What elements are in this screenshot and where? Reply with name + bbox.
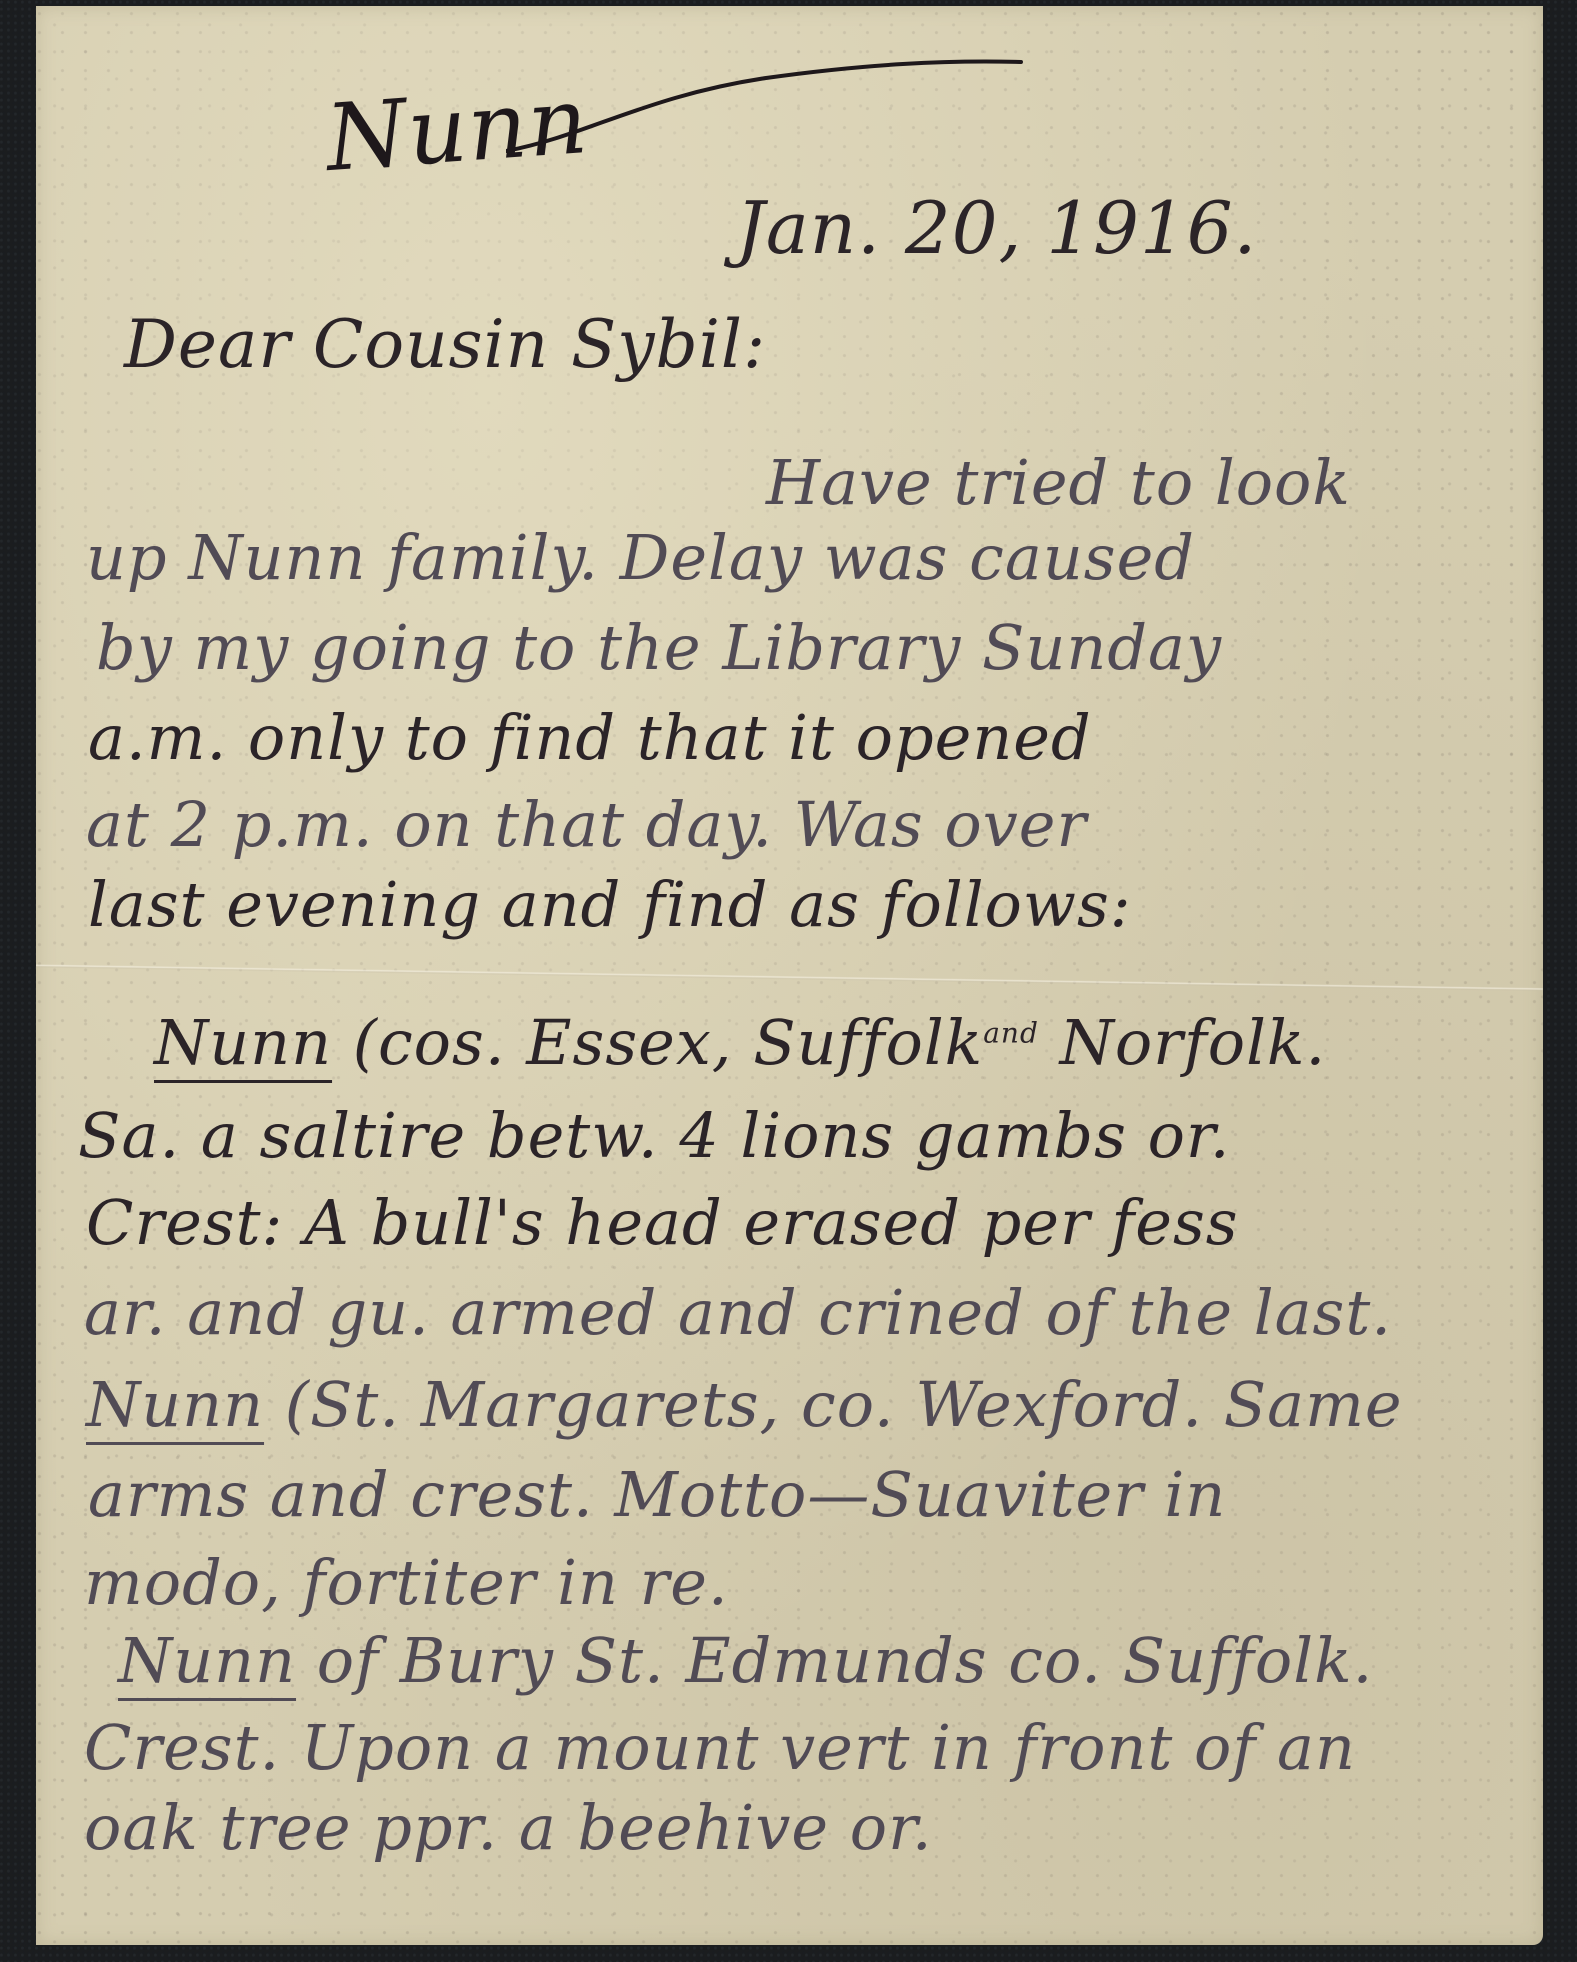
body-line: Sa. a saltire betw. 4 lions gambs or. bbox=[78, 1099, 1230, 1172]
entry-detail: of Bury St. Edmunds co. Suffolk. bbox=[317, 1624, 1374, 1697]
letter-salutation: Dear Cousin Sybil: bbox=[124, 306, 766, 383]
body-line: at 2 p.m. on that day. Was over bbox=[86, 788, 1087, 861]
body-line: by my going to the Library Sunday bbox=[96, 611, 1222, 684]
entry-essex-suffolk-norfolk: Nunn (cos. Essex, Suffolkand Norfolk. bbox=[154, 1006, 1326, 1079]
body-line: last evening and find as follows: bbox=[88, 868, 1132, 941]
entry-wexford: Nunn (St. Margarets, co. Wexford. Same bbox=[86, 1368, 1403, 1441]
body-line: Crest: A bull's head erased per fess bbox=[86, 1186, 1239, 1259]
entry-detail-end: Norfolk. bbox=[1060, 1006, 1327, 1079]
body-line: Have tried to look bbox=[766, 446, 1351, 519]
letter-page: Nunn Jan. 20, 1916. Dear Cousin Sybil: H… bbox=[36, 6, 1543, 1945]
body-line: oak tree ppr. a beehive or. bbox=[84, 1791, 933, 1864]
entry-detail: (cos. Essex, Suffolk bbox=[353, 1006, 983, 1079]
body-line: ar. and gu. armed and crined of the last… bbox=[84, 1276, 1392, 1349]
body-line: modo, fortiter in re. bbox=[84, 1546, 729, 1619]
letter-date: Jan. 20, 1916. bbox=[736, 186, 1257, 270]
entry-detail: (St. Margarets, co. Wexford. Same bbox=[285, 1368, 1403, 1441]
entry-name: Nunn bbox=[154, 1006, 332, 1079]
body-line: arms and crest. Motto—Suaviter in bbox=[88, 1458, 1226, 1531]
entry-superscript: and bbox=[983, 1016, 1039, 1049]
body-line: Crest. Upon a mount vert in front of an bbox=[84, 1711, 1356, 1784]
entry-name: Nunn bbox=[118, 1624, 296, 1697]
entry-name: Nunn bbox=[86, 1368, 264, 1441]
entry-bury-st-edmunds: Nunn of Bury St. Edmunds co. Suffolk. bbox=[118, 1624, 1373, 1697]
body-line: a.m. only to find that it opened bbox=[88, 701, 1092, 774]
paper-fold-crease bbox=[36, 964, 1543, 992]
heading-flourish-icon bbox=[506, 56, 1026, 166]
body-line: up Nunn family. Delay was caused bbox=[86, 521, 1195, 594]
